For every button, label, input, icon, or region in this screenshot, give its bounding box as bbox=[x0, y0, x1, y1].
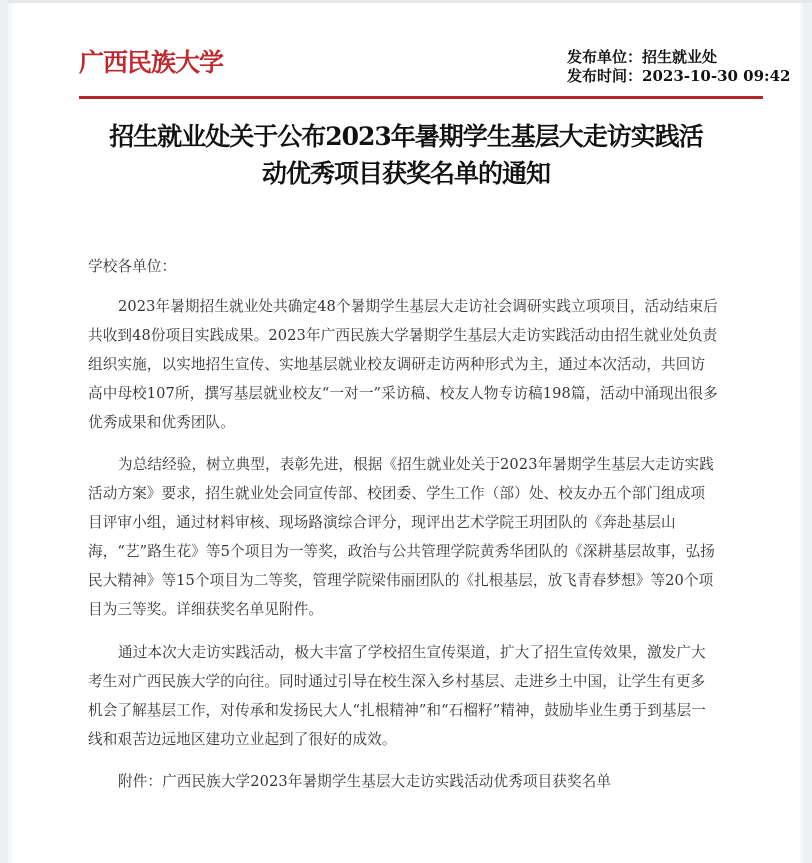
paragraph-line: 高中母校107所，撰写基层就业校友“一对一”采访稿、校友人物专访稿198篇，活动… bbox=[88, 379, 768, 408]
attachment-link[interactable]: 附件：广西民族大学2023年暑期学生基层大走访实践活动优秀项目获奖名单 bbox=[88, 767, 768, 796]
publisher-value: 招生就业处 bbox=[642, 48, 717, 66]
title-line: 招生就业处关于公布2023年暑期学生基层大走访实践活 bbox=[60, 118, 752, 155]
paragraph-3: 通过本次大走访实践活动，极大丰富了学校招生宣传渠道，扩大了招生宣传效果，激发广大… bbox=[88, 638, 768, 754]
paragraph-line: 机会了解基层工作，对传承和发扬民大人“扎根精神”和“石榴籽”精神，鼓励毕业生勇于… bbox=[88, 696, 768, 725]
paragraph-line: 海，“艺”路生花》等5个项目为一等奖，政治与公共管理学院黄秀华团队的《深耕基层故… bbox=[88, 537, 768, 566]
right-border-inner bbox=[800, 3, 803, 863]
right-scrollbar-track[interactable] bbox=[803, 3, 812, 863]
publish-time-row: 发布时间：2023-10-30 09:42 bbox=[567, 67, 790, 86]
salutation: 学校各单位： bbox=[88, 252, 768, 281]
publisher-label: 发布单位： bbox=[567, 48, 642, 66]
university-name: 广西民族大学 bbox=[79, 48, 223, 78]
left-border-inner bbox=[8, 3, 12, 863]
title-line: 动优秀项目获奖名单的通知 bbox=[60, 155, 752, 192]
publish-time-label: 发布时间： bbox=[567, 67, 642, 85]
header-divider bbox=[79, 96, 763, 99]
paragraph-line: 组织实施，以实地招生宣传、实地基层就业校友调研走访两种形式为主，通过本次活动，共… bbox=[88, 350, 768, 379]
paragraph-line: 目评审小组，通过材料审核、现场路演综合评分，现评出艺术学院王玥团队的《奔赴基层山 bbox=[88, 508, 768, 537]
paragraph-line: 通过本次大走访实践活动，极大丰富了学校招生宣传渠道，扩大了招生宣传效果，激发广大 bbox=[88, 638, 768, 667]
publish-time-value: 2023-10-30 09:42 bbox=[642, 67, 790, 85]
paragraph-line: 为总结经验，树立典型，表彰先进，根据《招生就业处关于2023年暑期学生基层大走访… bbox=[88, 450, 768, 479]
left-border bbox=[0, 0, 8, 863]
paragraph-line: 2023年暑期招生就业处共确定48个暑期学生基层大走访社会调研实践立项项目，活动… bbox=[88, 292, 768, 321]
paragraph-line: 共收到48份项目实践成果。2023年广西民族大学暑期学生基层大走访实践活动由招生… bbox=[88, 321, 768, 350]
paragraph-line: 民大精神》等15个项目为二等奖，管理学院梁伟丽团队的《扎根基层，放飞青春梦想》等… bbox=[88, 566, 768, 595]
publisher-row: 发布单位：招生就业处 bbox=[567, 48, 790, 67]
paragraph-2: 为总结经验，树立典型，表彰先进，根据《招生就业处关于2023年暑期学生基层大走访… bbox=[88, 450, 768, 624]
paragraph-line: 目为三等奖。详细获奖名单见附件。 bbox=[88, 595, 768, 624]
paragraph-1: 2023年暑期招生就业处共确定48个暑期学生基层大走访社会调研实践立项项目，活动… bbox=[88, 292, 768, 437]
paragraph-line: 线和艰苦边远地区建功立业起到了很好的成效。 bbox=[88, 725, 768, 754]
notice-title: 招生就业处关于公布2023年暑期学生基层大走访实践活 动优秀项目获奖名单的通知 bbox=[60, 118, 752, 192]
paragraph-line: 优秀成果和优秀团队。 bbox=[88, 408, 768, 437]
publish-info: 发布单位：招生就业处 发布时间：2023-10-30 09:42 bbox=[567, 48, 790, 86]
top-border bbox=[0, 0, 812, 3]
paragraph-line: 活动方案》要求，招生就业处会同宣传部、校团委、学生工作（部）处、校友办五个部门组… bbox=[88, 479, 768, 508]
paragraph-line: 考生对广西民族大学的向往。同时通过引导在校生深入乡村基层、走进乡土中国，让学生有… bbox=[88, 667, 768, 696]
